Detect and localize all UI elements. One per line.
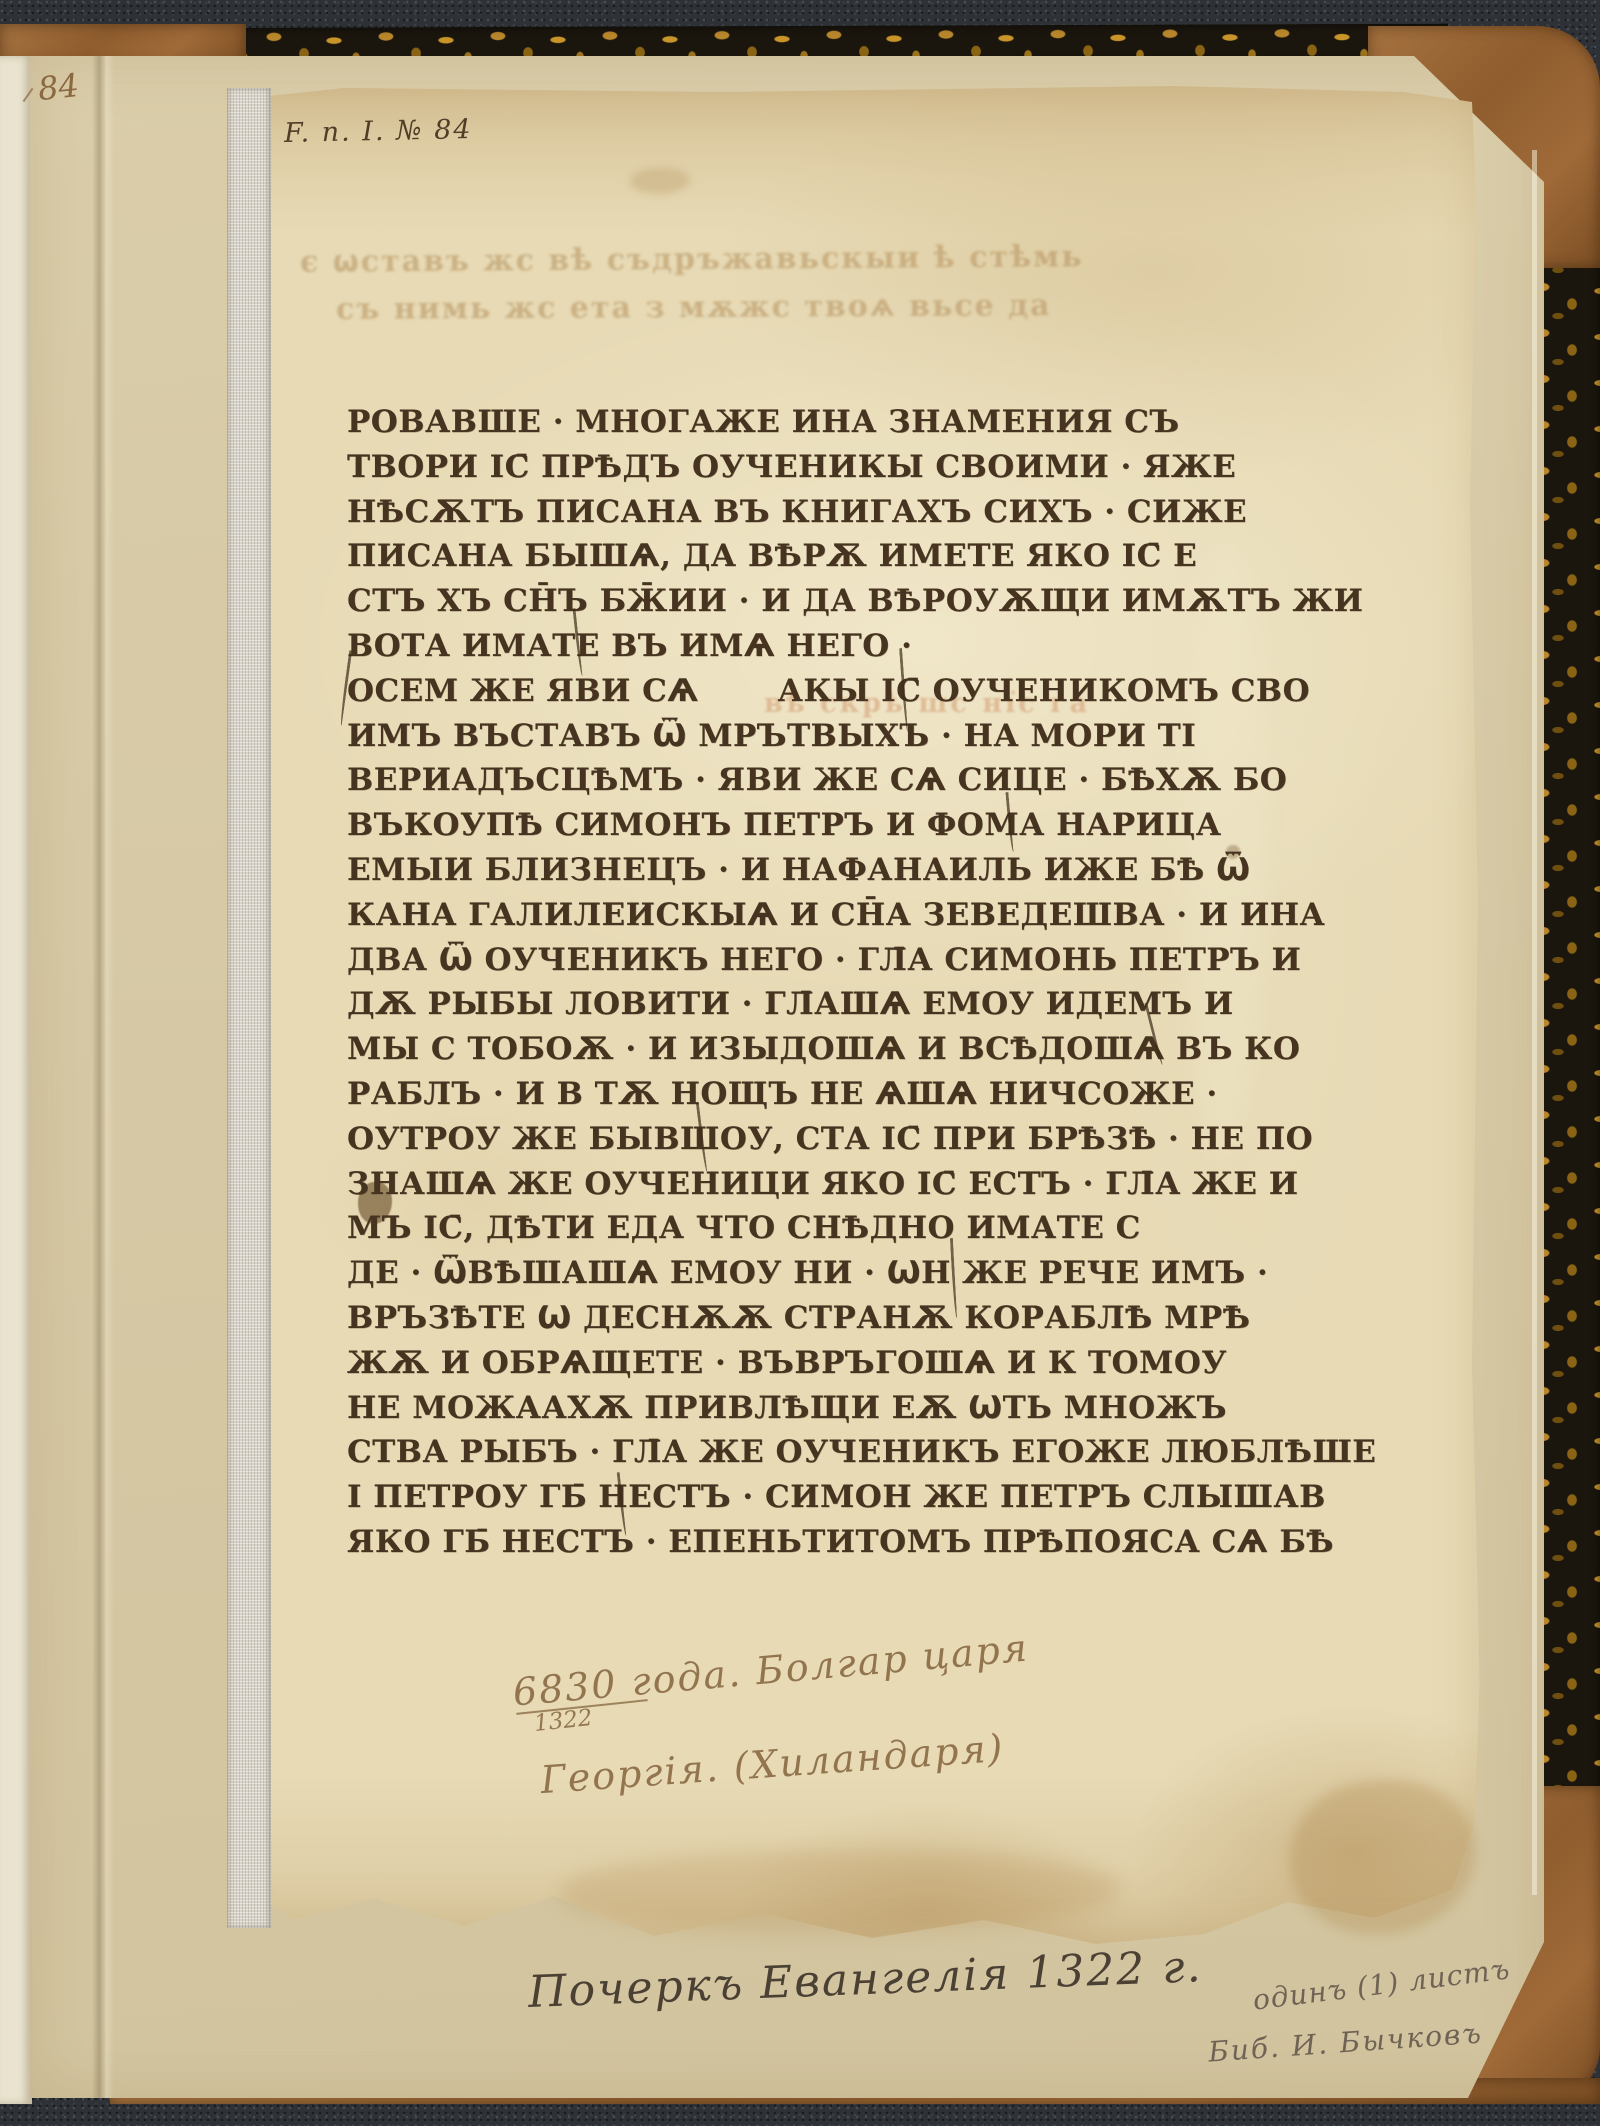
- manuscript-line: РАБЛЪ · И В ТѪ НОЩЪ НЕ ѦШѦ НИЧСОЖЕ ·: [347, 1072, 1477, 1117]
- manuscript-line: ВОТА ИМАТЕ ВЪ ИМѦ НЕГО ·: [347, 624, 1477, 669]
- manuscript-line: РОВАВШЕ · МНОГАЖЕ ИНА ЗНАМЕНИЯ СЪ: [347, 400, 1477, 445]
- manuscript-line: НЕ МОЖААХѪ ПРИВЛѢЩИ ЕѪ ѠТЬ МНОЖЪ: [347, 1386, 1477, 1431]
- manuscript-line: ДЕ · ѾВѢШАШѦ ЕМОУ НИ · ѠН ЖЕ РЕЧЕ ИМЪ ·: [347, 1251, 1477, 1296]
- manuscript-line: ЗНАШѦ ЖЕ ОУЧЕНИЦИ ЯКО ІС̄ ЕСТЪ · ГЛ̄А ЖЕ…: [347, 1162, 1477, 1207]
- manuscript-line: І ПЕТРОУ ГЬ̄ НЕСТЪ · СИМОН ЖЕ ПЕТРЪ СЛЫШ…: [347, 1475, 1477, 1520]
- manuscript-line: ЕМЫИ БЛИЗНЕЦЪ · И НАФАНАИЛЬ ИЖЕ БѢ Ѿ: [347, 848, 1477, 893]
- gutter-page-edge: [0, 56, 32, 2104]
- linen-guard-strip: [227, 88, 271, 1928]
- manuscript-line: НѢСѪТЪ ПИСАНА ВЪ КНИГАХЪ СИХЪ · СИЖЕ: [347, 490, 1477, 535]
- manuscript-line: СТВА РЫБЪ · ГЛ̄А ЖЕ ОУЧЕНИКЪ ЕГОЖЕ ЛЮБЛѢ…: [347, 1430, 1477, 1475]
- photo-background: 84 F. п. I. № 84 є ѡставъ жс вѣ съдръжав…: [0, 0, 1600, 2126]
- manuscript-line: ЯКО ГЬ̄ НЕСТЪ · ЕПЕНЬТИТОМЪ ПРѢПОЯСА СѦ …: [347, 1520, 1477, 1565]
- manuscript-line: МЪ ІС̄, ДѢТИ ЕДА ЧТО СНѢДНО ИМАТЕ С: [347, 1206, 1477, 1251]
- manuscript-line: ПИСАНА БЫШѦ, ДА ВѢРѪ ИМЕТЕ ЯКО ІС̄ Е: [347, 534, 1477, 579]
- manuscript-line: ЖѪ И ОБРѦЩЕТЕ · ВЪВРЪГОШѦ И К ТОМОУ: [347, 1341, 1477, 1386]
- faded-bleedthrough-line: съ нимь жс ета з мѫжс твоѧ вьсе да: [336, 288, 1052, 327]
- album-page-crease: [92, 56, 114, 2098]
- album-corner-number: 84: [36, 66, 80, 108]
- manuscript-line: ВЪКОУПѢ СИМОНЪ ПЕТРЪ И ФОМА НАРИЦА: [347, 803, 1477, 848]
- album-page-edge-highlight: [1532, 150, 1537, 1895]
- manuscript-line: ВРЪЗѢТЕ Ѡ ДЕСНѪѪ СТРАНѪ КОРАБЛѢ МРѢ: [347, 1296, 1477, 1341]
- manuscript-line: ВЕРИАДЪСЦѢМЪ · ЯВИ ЖЕ СѦ СИЦЕ · БѢХѪ БО: [347, 758, 1477, 803]
- manuscript-line: КАНА ГАЛИЛЕИСКЫѦ И СН̄А ЗЕВЕДЕШВА · И ИН…: [347, 893, 1477, 938]
- manuscript-line: ТВОРИ ІС̄ ПРѢДЪ ОУЧЕНИКЫ СВОИМИ · ЯЖЕ: [347, 445, 1477, 490]
- manuscript-text-block: РОВАВШЕ · МНОГАЖЕ ИНА ЗНАМЕНИЯ СЪТВОРИ І…: [347, 400, 1477, 1565]
- manuscript-line: СТЪ ХЪ СН̄Ъ БЖ̄ИИ · И ДА ВѢРОУѪЩИ ИМѪТЪ …: [347, 579, 1477, 624]
- manuscript-line: МЫ С ТОБОѪ · И ИЗЫДОШѦ И ВСѢДОШѦ ВЪ КО: [347, 1027, 1477, 1072]
- shelfmark: F. п. I. № 84: [284, 114, 473, 149]
- manuscript-line: ИМЪ ВЪСТАВЪ Ѿ МРЪТВЫХЪ · НА МОРИ ТІ: [347, 714, 1477, 759]
- manuscript-line: ОУТРОУ ЖЕ БЫВШОУ, СТА ІС̄ ПРИ БРѢЗѢ · НЕ…: [347, 1117, 1477, 1162]
- faded-bleedthrough-line: є ѡставъ жс вѣ съдръжавьскыи ѣ стѣмь: [300, 239, 1084, 279]
- manuscript-line: ДВА Ѿ ОУЧЕНИКЪ НЕГО · ГЛ̄А СИМОНЬ ПЕТРЪ …: [347, 938, 1477, 983]
- manuscript-line: ОСЕМ ЖЕ ЯВИ СѦ АКЫ ІС̄ ОУЧЕНИКОМЪ СВО: [347, 669, 1477, 714]
- manuscript-line: ДѪ РЫБЫ ЛОВИТИ · ГЛ̄АШѦ ЕМОУ ИДЕМЪ И: [347, 982, 1477, 1027]
